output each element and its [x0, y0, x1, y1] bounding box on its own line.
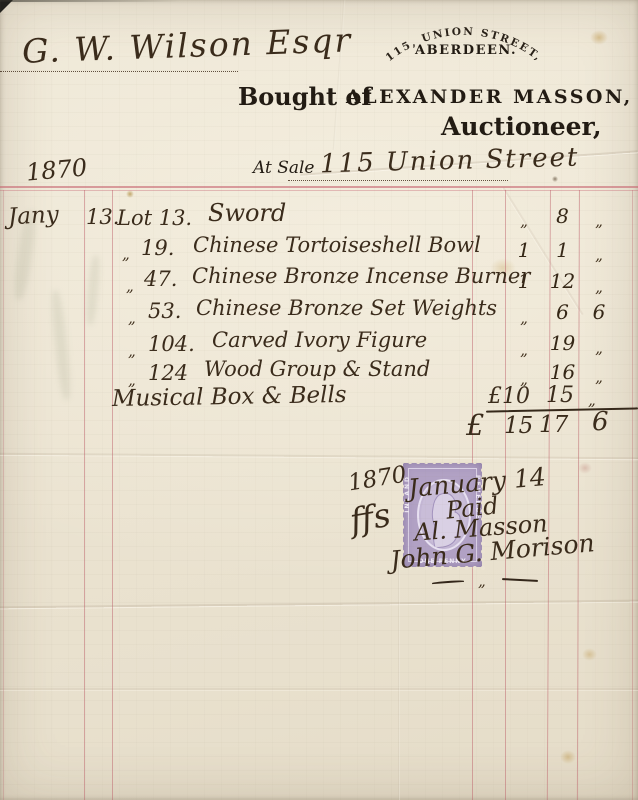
at-sale-location: 115 Union Street — [320, 143, 580, 180]
amount-pence: „ — [578, 339, 620, 357]
lot-ditto: „ — [128, 342, 136, 360]
amount-pence: „ — [578, 212, 620, 230]
stain — [578, 462, 592, 474]
stain — [590, 30, 608, 45]
item-description: Sword — [208, 199, 286, 227]
invoice-document: G. W. Wilson Esqr 115, UNION STREET, ABE… — [0, 0, 638, 800]
at-sale-underline — [288, 180, 508, 181]
amount-shillings: 12 — [547, 269, 578, 293]
addressee-name: G. W. Wilson Esqr — [21, 20, 352, 71]
show-through-mark — [85, 255, 101, 326]
ruling-vertical-right — [632, 190, 633, 800]
invoice-year: 1870 — [25, 153, 88, 186]
lot-number: 104. — [148, 332, 195, 356]
ruling-vertical — [3, 190, 4, 800]
ruling-horizontal-secondary — [0, 190, 638, 191]
total-shillings: 17 — [539, 412, 568, 438]
item-description: Carved Ivory Figure — [212, 328, 427, 352]
show-through-mark — [49, 290, 72, 401]
amount-pence: „ — [578, 278, 620, 296]
item-description: Chinese Tortoiseshell Bowl — [193, 233, 481, 257]
ledger-month: Jany — [7, 202, 59, 231]
signature-flourish — [432, 580, 464, 584]
scan-top-edge-shadow — [0, 0, 180, 2]
addressee-underline — [0, 71, 238, 72]
item-description: Chinese Bronze Set Weights — [196, 296, 497, 320]
amount-pence: „ — [578, 368, 620, 386]
lot-number: 124 — [148, 361, 188, 385]
amount-shillings: 16 — [547, 360, 578, 384]
total-pounds: 15 — [504, 413, 533, 439]
merchant-name: ALEXANDER MASSON, — [346, 86, 633, 108]
signature-ditto: „ — [478, 572, 486, 590]
amount-shillings: 19 — [547, 331, 578, 355]
crease-line — [0, 453, 638, 459]
amount-shillings: 6 — [547, 300, 578, 324]
stain — [582, 648, 597, 661]
total-currency-sign: £ — [466, 408, 484, 442]
lot-ditto: „ — [128, 309, 136, 327]
item-description: Wood Group & Stand — [204, 357, 430, 381]
lot-number: 47. — [144, 267, 177, 291]
signature-flourish — [502, 578, 538, 582]
at-sale-label: At Sale — [253, 158, 315, 178]
merchant-title: Auctioneer, — [441, 112, 602, 141]
ruling-vertical-lot — [112, 190, 113, 800]
amount-pounds: 1 — [501, 238, 547, 262]
lot-ditto: „ — [126, 277, 134, 295]
crease-line — [0, 600, 638, 609]
amount-pence: 6 — [578, 300, 620, 324]
receipt-year: 1870 — [346, 462, 408, 497]
clerk-initials: ffs — [347, 495, 393, 540]
amount-pounds: „ — [501, 341, 547, 359]
amount-pounds: „ — [501, 309, 547, 327]
stain — [126, 190, 134, 198]
amount-shillings: 1 — [547, 238, 578, 262]
letterhead-city: ABERDEEN. — [398, 43, 534, 58]
subtotal-pounds: £10 — [488, 384, 530, 409]
lot-ditto: „ — [122, 245, 130, 263]
stain — [560, 750, 576, 764]
subtotal-shillings: 15 — [546, 383, 574, 408]
amount-shillings: 8 — [547, 204, 578, 228]
ledger-day: 13. — [86, 205, 119, 229]
ruling-vertical-date — [84, 190, 85, 800]
amount-pounds: „ — [501, 212, 547, 230]
stain — [552, 176, 558, 182]
item-description: Chinese Bronze Incense Burner — [192, 264, 530, 288]
lot-number: 19. — [141, 236, 174, 260]
lot-number: Lot 13. — [117, 206, 192, 230]
amount-pence: „ — [578, 246, 620, 264]
lot-number: 53. — [148, 299, 181, 323]
item-description: Musical Box & Bells — [112, 382, 347, 412]
crease-line — [0, 688, 638, 690]
ruling-horizontal-main — [0, 186, 638, 188]
amount-pounds: 1 — [501, 269, 547, 293]
crease-line — [398, 560, 400, 800]
total-pence: 6 — [592, 407, 609, 437]
